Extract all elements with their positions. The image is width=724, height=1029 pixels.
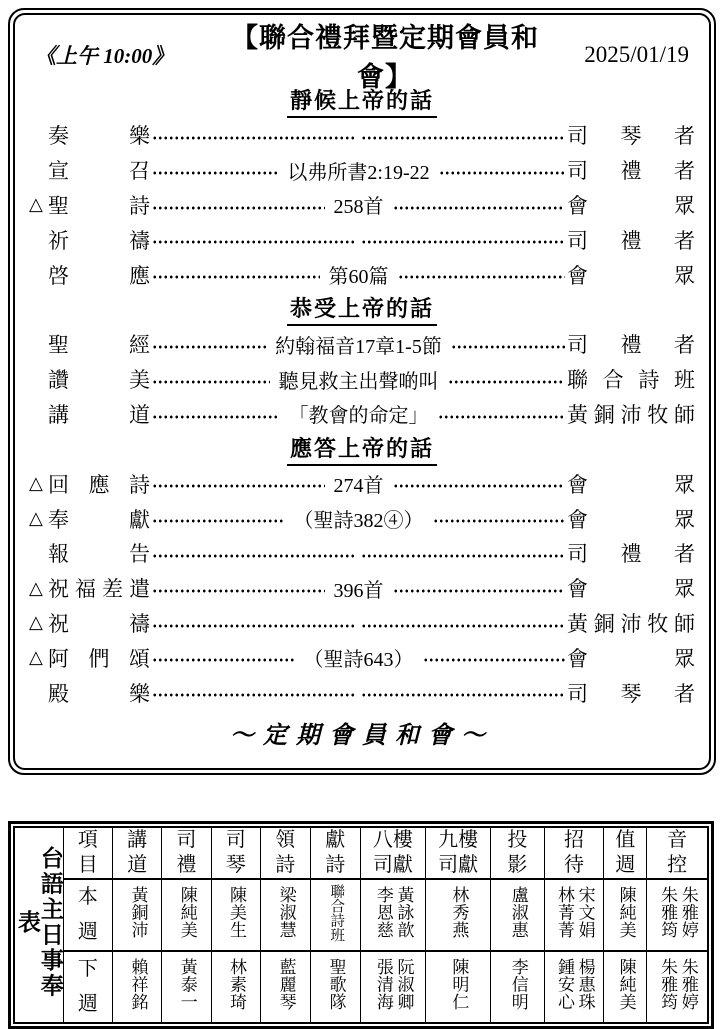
duty-name: 梁淑慧 (275, 886, 296, 939)
column-header: 八樓 司獻 (360, 827, 425, 879)
leader-dots (361, 222, 566, 257)
leader-dots (152, 501, 285, 536)
leader-dots (433, 501, 566, 536)
duty-cell: 藍麗琴 (260, 951, 310, 1023)
duty-name: 賴祥銘 (127, 958, 148, 1011)
leader-dots (393, 466, 566, 501)
column-header: 值 週 (604, 827, 647, 879)
column-header: 司 琴 (211, 827, 260, 879)
duty-name: 聯合詩班 (326, 884, 344, 942)
leader-dots (439, 153, 565, 188)
duty-name: 朱雅筠 (656, 886, 677, 939)
duty-cell: 楊惠珠鍾安心 (544, 951, 604, 1023)
item-assignee: 司禮者 (567, 155, 695, 185)
duty-cell: 林秀燕 (425, 879, 490, 951)
duty-name: 楊惠珠 (574, 958, 595, 1011)
item-assignee: 會眾 (567, 260, 695, 290)
program-item: 奏樂司琴者 (29, 118, 695, 153)
service-date: 2025/01/19 (557, 42, 689, 68)
item-assignee: 司禮者 (567, 538, 695, 568)
program-item: △回應詩274首會眾 (29, 466, 695, 501)
program-box: 《上午 10:00》 【聯合禮拜暨定期會員和會】 2025/01/19 靜候上帝… (8, 8, 716, 775)
item-label: 啓應 (48, 260, 150, 290)
leader-dots (393, 188, 566, 223)
duty-table-section: 台語主日事奉表 項 目 講 道 司 禮 司 琴 領 詩 獻 詩 八樓 司獻 九樓… (8, 821, 716, 1029)
duty-name: 藍麗琴 (275, 958, 296, 1011)
duty-cell: 陳純美 (604, 951, 647, 1023)
item-label: 聖詩 (48, 190, 150, 220)
item-label: 讚美 (48, 364, 150, 394)
item-label: 講道 (48, 399, 150, 429)
duty-name: 宋文娟 (574, 886, 595, 939)
section-header: 靜候上帝的話 (29, 83, 695, 118)
leader-dots (361, 118, 566, 153)
item-content: 聽見救主出聲啲叫 (272, 365, 446, 394)
section-title: 應答上帝的話 (287, 432, 437, 466)
item-label: 奉獻 (48, 504, 150, 534)
leader-dots (152, 222, 357, 257)
duty-cell: 黃泰一 (162, 951, 211, 1023)
item-assignee: 司禮者 (567, 225, 695, 255)
duty-name: 朱雅婷 (677, 958, 698, 1011)
leader-dots (152, 571, 325, 606)
leader-dots (152, 606, 357, 641)
column-header: 講 道 (113, 827, 162, 879)
table-side-title: 台語主日事奉表 (16, 835, 62, 1011)
item-label: 殿樂 (48, 678, 150, 708)
leader-dots (361, 675, 566, 710)
item-assignee: 會眾 (567, 469, 695, 499)
item-content: （聖詩382④） (287, 504, 431, 533)
service-time: 《上午 10:00》 (35, 40, 213, 70)
duty-name: 林菁菁 (553, 886, 574, 939)
item-label: 奏樂 (48, 120, 150, 150)
item-label: 報告 (48, 538, 150, 568)
item-content: 約翰福音17章1-5節 (268, 330, 449, 359)
program-item: △祝禱黃銅沛牧師 (29, 606, 695, 641)
duty-name: 盧淑惠 (507, 886, 528, 939)
item-assignee: 會眾 (567, 190, 695, 220)
column-header: 九樓 司獻 (425, 827, 490, 879)
duty-name: 聖歌隊 (325, 958, 346, 1011)
duty-name: 李信明 (507, 958, 528, 1011)
duty-name: 陳純美 (176, 886, 197, 939)
program-item: △奉獻（聖詩382④）會眾 (29, 501, 695, 536)
program-item: △祝福差遣396首會眾 (29, 571, 695, 606)
item-label: 祝福差遣 (48, 573, 150, 603)
duty-name: 李恩慈 (372, 886, 393, 939)
duty-name: 張清海 (372, 958, 393, 1011)
duty-cell: 陳純美 (162, 879, 211, 951)
leader-dots (152, 536, 357, 571)
duty-name: 黃泰一 (176, 958, 197, 1011)
item-label: 聖經 (48, 329, 150, 359)
program-item: 聖經約翰福音17章1-5節司禮者 (29, 327, 695, 362)
item-prefix: △ (29, 578, 48, 599)
section-title: 恭受上帝的話 (287, 292, 437, 326)
leader-dots (152, 153, 278, 188)
duty-cell: 聯合詩班 (310, 879, 360, 951)
item-content: 258首 (327, 190, 391, 219)
duty-cell: 黃銅沛 (113, 879, 162, 951)
duty-row-next-week: 下 週 賴祥銘 黃泰一 林素琦 藍麗琴 聖歌隊 阮淑卿張清海 陳明仁 李信明 楊… (14, 951, 708, 1023)
leader-dots (152, 362, 270, 397)
leader-dots (423, 640, 566, 675)
duty-name: 林素琦 (225, 958, 246, 1011)
duty-cell: 梁淑慧 (260, 879, 310, 951)
leader-dots (393, 571, 566, 606)
leader-dots (152, 675, 357, 710)
duty-cell: 陳純美 (604, 879, 647, 951)
item-content: （聖詩643） (297, 643, 421, 672)
leader-dots (152, 118, 357, 153)
leader-dots (398, 257, 566, 292)
program-item: 講道「教會的命定」黃銅沛牧師 (29, 397, 695, 432)
item-prefix: △ (29, 194, 48, 215)
duty-cell: 賴祥銘 (113, 951, 162, 1023)
duty-name: 朱雅筠 (656, 958, 677, 1011)
item-assignee: 司琴者 (567, 678, 695, 708)
column-header-item: 項 目 (63, 827, 112, 879)
duty-cell: 朱雅婷朱雅筠 (647, 951, 708, 1023)
duty-cell: 李信明 (491, 951, 544, 1023)
item-assignee: 司琴者 (567, 120, 695, 150)
program-item: 祈禱司禮者 (29, 222, 695, 257)
duty-name: 鍾安心 (553, 958, 574, 1011)
item-content: 第60篇 (322, 260, 396, 289)
program-item: △阿們頌（聖詩643）會眾 (29, 640, 695, 675)
duty-name: 陳純美 (615, 886, 636, 939)
duty-cell: 宋文娟林菁菁 (544, 879, 604, 951)
duty-name: 黃銅沛 (127, 886, 148, 939)
duty-cell: 朱雅婷朱雅筠 (647, 879, 708, 951)
duty-name: 陳純美 (615, 958, 636, 1011)
item-prefix: △ (29, 612, 48, 633)
item-label: 祝禱 (48, 608, 150, 638)
section-title: 靜候上帝的話 (287, 84, 437, 118)
program-header: 《上午 10:00》 【聯合禮拜暨定期會員和會】 2025/01/19 (29, 27, 695, 83)
leader-dots (438, 397, 566, 432)
item-content: 396首 (327, 574, 391, 603)
item-prefix: △ (29, 647, 48, 668)
leader-dots (152, 257, 320, 292)
leader-dots (152, 640, 295, 675)
column-header: 獻 詩 (310, 827, 360, 879)
item-assignee: 司禮者 (567, 329, 695, 359)
row-label: 本 週 (63, 879, 112, 951)
service-title: 【聯合禮拜暨定期會員和會】 (213, 16, 557, 94)
item-assignee: 會眾 (567, 643, 695, 673)
duty-table-frame: 台語主日事奉表 項 目 講 道 司 禮 司 琴 領 詩 獻 詩 八樓 司獻 九樓… (8, 821, 714, 1029)
duty-cell: 聖歌隊 (310, 951, 360, 1023)
duty-cell: 陳美生 (211, 879, 260, 951)
section-header: 恭受上帝的話 (29, 292, 695, 327)
item-assignee: 會眾 (567, 573, 695, 603)
leader-dots (152, 397, 280, 432)
leader-dots (451, 327, 565, 362)
duty-cell: 陳明仁 (425, 951, 490, 1023)
member-meeting-banner: ～定期會員和會～ (29, 710, 695, 756)
program-item: 殿樂司琴者 (29, 675, 695, 710)
duty-name: 阮淑卿 (393, 958, 414, 1011)
column-header: 音 控 (647, 827, 708, 879)
leader-dots (448, 362, 566, 397)
leader-dots (152, 327, 266, 362)
program-item: 啓應第60篇會眾 (29, 257, 695, 292)
program-item: 報告司禮者 (29, 536, 695, 571)
item-assignee: 會眾 (567, 504, 695, 534)
column-header: 投 影 (491, 827, 544, 879)
item-assignee: 聯合詩班 (567, 364, 695, 394)
item-content: 以弗所書2:19-22 (280, 156, 436, 185)
duty-name: 林秀燕 (448, 886, 469, 939)
program-box-inner: 《上午 10:00》 【聯合禮拜暨定期會員和會】 2025/01/19 靜候上帝… (13, 13, 711, 770)
column-header: 招 待 (544, 827, 604, 879)
leader-dots (361, 536, 566, 571)
column-header: 領 詩 (260, 827, 310, 879)
duty-table: 台語主日事奉表 項 目 講 道 司 禮 司 琴 領 詩 獻 詩 八樓 司獻 九樓… (13, 826, 709, 1024)
program-item: △聖詩258首會眾 (29, 188, 695, 223)
section-header: 應答上帝的話 (29, 431, 695, 466)
program-item: 宣召以弗所書2:19-22司禮者 (29, 153, 695, 188)
table-side-cell: 台語主日事奉表 (14, 827, 63, 1023)
duty-cell: 盧淑惠 (491, 879, 544, 951)
duty-name: 陳明仁 (448, 958, 469, 1011)
item-label: 宣召 (48, 155, 150, 185)
program-item: 讚美聽見救主出聲啲叫聯合詩班 (29, 362, 695, 397)
bulletin-page: 《上午 10:00》 【聯合禮拜暨定期會員和會】 2025/01/19 靜候上帝… (0, 0, 724, 1021)
duty-name: 陳美生 (225, 886, 246, 939)
item-assignee: 黃銅沛牧師 (567, 608, 695, 638)
item-label: 回應詩 (48, 469, 150, 499)
item-label: 阿們頌 (48, 643, 150, 673)
duty-cell: 黃詠歆李恩慈 (360, 879, 425, 951)
duty-name: 黃詠歆 (393, 886, 414, 939)
leader-dots (361, 606, 566, 641)
leader-dots (152, 188, 325, 223)
column-header: 司 禮 (162, 827, 211, 879)
duty-cell: 林素琦 (211, 951, 260, 1023)
leader-dots (152, 466, 325, 501)
item-prefix: △ (29, 508, 48, 529)
duty-row-this-week: 本 週 黃銅沛 陳純美 陳美生 梁淑慧 聯合詩班 黃詠歆李恩慈 林秀燕 盧淑惠 … (14, 879, 708, 951)
item-prefix: △ (29, 473, 48, 494)
item-content: 274首 (327, 469, 391, 498)
item-content: 「教會的命定」 (282, 399, 436, 428)
item-label: 祈禱 (48, 225, 150, 255)
row-label: 下 週 (63, 951, 112, 1023)
item-assignee: 黃銅沛牧師 (567, 399, 695, 429)
duty-name: 朱雅婷 (677, 886, 698, 939)
duty-cell: 阮淑卿張清海 (360, 951, 425, 1023)
